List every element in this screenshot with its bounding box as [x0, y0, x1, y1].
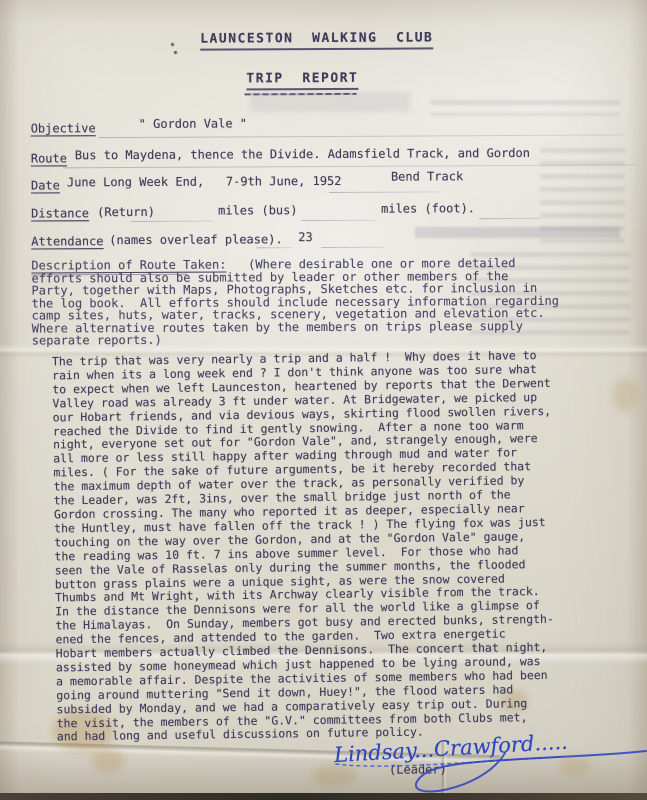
report-body-text: The trip that was very nearly a trip and… [52, 349, 556, 745]
document-photo: LAUNCESTON WALKING CLUB TRIP REPORT Obje… [0, 0, 647, 800]
description-text: (Where desirable one or more detailed ef… [31, 256, 559, 348]
dark-table-edge [0, 793, 647, 800]
distance-bus-text: miles (bus) [218, 203, 298, 217]
blank-line-rule [479, 218, 541, 219]
attendance-value: 23 [298, 230, 313, 244]
route-value: Bus to Maydena, thence the Divide. Adams… [75, 146, 530, 162]
attendance-label: Attendance [31, 234, 103, 248]
blank-line-rule [131, 221, 213, 222]
objective-label: Objective [31, 121, 96, 135]
blank-line-rule [63, 164, 636, 168]
blank-line-rule [329, 191, 439, 193]
report-title: TRIP REPORT [246, 71, 358, 91]
blank-line-rule [321, 247, 383, 248]
blank-line-rule [256, 247, 292, 248]
distance-label: Distance [31, 206, 89, 220]
date-label: Date [31, 178, 60, 192]
route-value-continuation: Bend Track [391, 169, 463, 183]
blank-line-rule [301, 220, 376, 221]
report-title-underline [244, 93, 356, 96]
attendance-note: (names overleaf please). [109, 232, 282, 247]
leader-role-label: (Leader) [389, 762, 447, 776]
objective-value: " Gordon Vale " [139, 116, 247, 131]
trip-report-document: LAUNCESTON WALKING CLUB TRIP REPORT Obje… [0, 0, 647, 800]
blank-line-rule [99, 134, 624, 138]
date-value: June Long Week End, 7-9th June, 1952 [67, 174, 342, 189]
description-block: Description of Route Taken: (Where desir… [31, 256, 631, 347]
distance-foot-text: miles (foot). [381, 201, 475, 215]
club-name-title: LAUNCESTON WALKING CLUB [200, 30, 433, 50]
route-label: Route [31, 151, 67, 165]
distance-return-text: (Return) [97, 205, 155, 219]
